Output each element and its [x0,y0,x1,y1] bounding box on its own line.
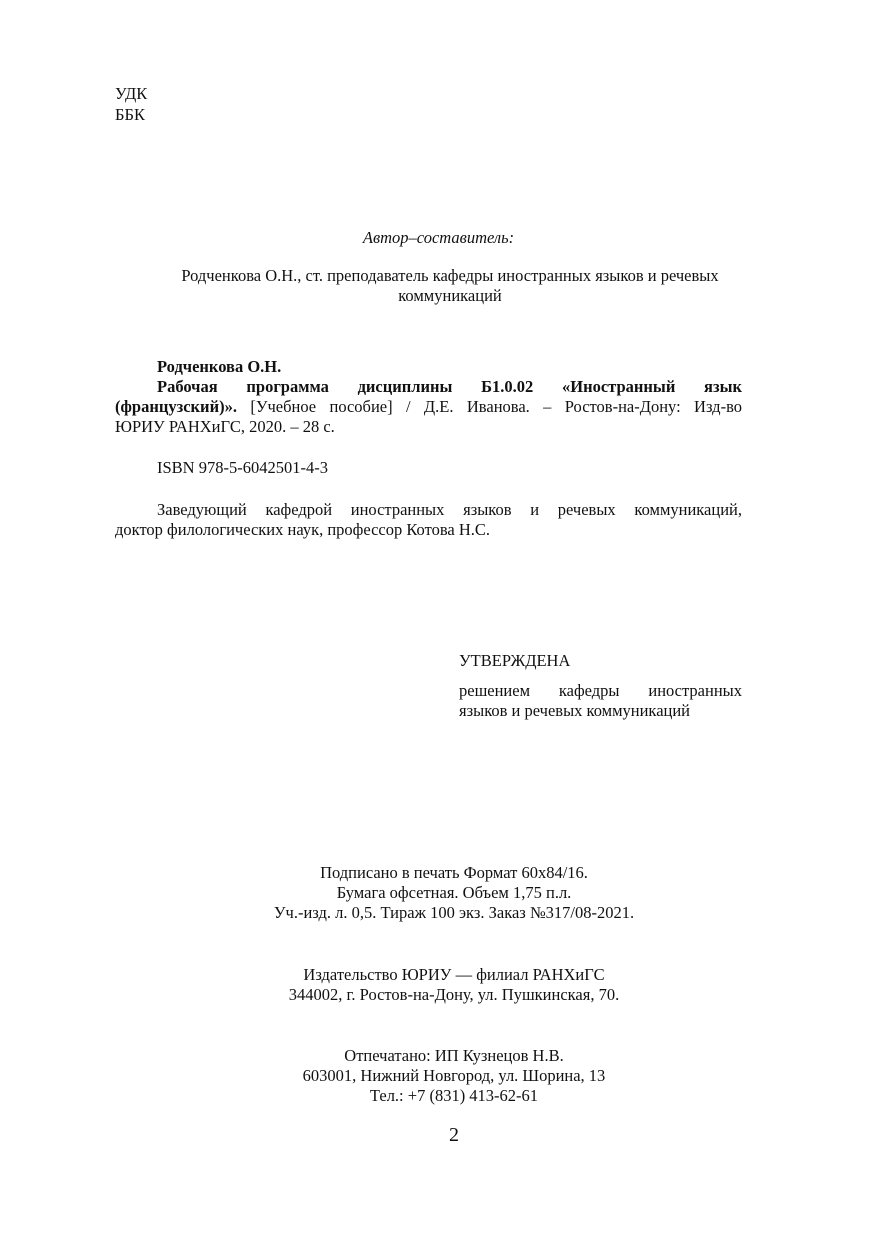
isbn: ISBN 978-5-6042501-4-3 [157,458,328,478]
page-number: 2 [0,1125,877,1145]
bibliography-author: Родченкова О.Н. [115,357,742,377]
imprint-line-2: Бумага офсетная. Объем 1,75 п.л. [0,883,877,903]
approval-line-2: языков и речевых коммуникаций [459,701,742,721]
bibliography-line-2: (французский)». [Учебное пособие] / Д.Е.… [115,397,742,417]
printer-line-1: Отпечатано: ИП Кузнецов Н.В. [0,1046,877,1066]
approval-title: УТВЕРЖДЕНА [459,651,570,671]
author-compiler-info: Родченкова О.Н., ст. преподаватель кафед… [160,266,740,306]
publisher-line-1: Издательство ЮРИУ — филиал РАНХиГС [0,965,877,985]
bibliography-title-line-2: (французский)». [115,397,237,416]
bibliography-publisher-year: ЮРИУ РАНХиГС, 2020. – 28 с. [115,417,742,437]
imprint-line-3: Уч.-изд. л. 0,5. Тираж 100 экз. Заказ №3… [0,903,877,923]
author-info-line-2: коммуникаций [160,286,740,306]
printer-line-3: Тел.: +7 (831) 413-62-61 [0,1086,877,1106]
author-compiler-label: Автор–составитель: [0,228,877,248]
imprint-info: Подписано в печать Формат 60x84/16. Бума… [0,863,877,923]
imprint-line-1: Подписано в печать Формат 60x84/16. [0,863,877,883]
publisher-info: Издательство ЮРИУ — филиал РАНХиГС 34400… [0,965,877,1005]
bbk-label: ББК [115,105,145,125]
printer-line-2: 603001, Нижний Новгород, ул. Шорина, 13 [0,1066,877,1086]
printer-info: Отпечатано: ИП Кузнецов Н.В. 603001, Ниж… [0,1046,877,1106]
head-of-department: Заведующий кафедрой иностранных языков и… [115,500,742,540]
publisher-line-2: 344002, г. Ростов-на-Дону, ул. Пушкинска… [0,985,877,1005]
approval-line-1: решением кафедры иностранных [459,681,742,701]
approval-text: решением кафедры иностранных языков и ре… [459,681,742,721]
head-of-department-line-2: доктор филологических наук, профессор Ко… [115,520,742,540]
udk-label: УДК [115,84,147,104]
head-of-department-line-1: Заведующий кафедрой иностранных языков и… [115,500,742,520]
bibliography-title-line-1: Рабочая программа дисциплины Б1.0.02 «Ин… [115,377,742,397]
bibliography-details: [Учебное пособие] / Д.Е. Иванова. – Рост… [237,397,742,416]
bibliographic-record: Родченкова О.Н. Рабочая программа дисцип… [115,357,742,437]
author-info-line-1: Родченкова О.Н., ст. преподаватель кафед… [160,266,740,286]
